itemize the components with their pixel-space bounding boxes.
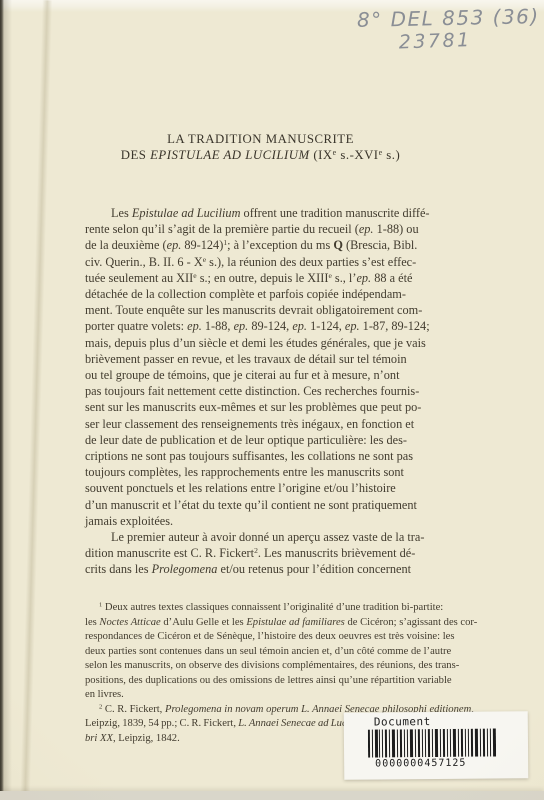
text-line: les Noctes Atticae d’Aulu Gelle et les E… xyxy=(85,616,478,631)
text-segment: en livres. xyxy=(85,689,124,700)
text-line: sent sur les manuscrits eux-mêmes et sur… xyxy=(85,399,478,415)
text-line: deux parties sont contenues dans un seul… xyxy=(85,645,478,660)
text-line: civ. Querin., B. II. 6 - Xe s.), la réun… xyxy=(85,254,478,270)
text-line: toujours complètes, les rapprochements e… xyxy=(85,464,478,480)
text-line: ou tel groupe de témoins, que je citerai… xyxy=(85,367,478,383)
text-segment: ep. xyxy=(359,222,374,236)
text-segment: civ. Querin., B. II. 6 - X xyxy=(85,255,203,269)
text-line: 1 Deux autres textes classiques connaiss… xyxy=(85,601,478,616)
text-segment: bri XX xyxy=(85,733,113,744)
text-segment: mais, depuis plus d’un siècle et demi le… xyxy=(85,336,426,350)
text-segment: 88 a été xyxy=(371,271,412,285)
text-line: ment. Toute enquête sur les manuscrits d… xyxy=(85,302,478,318)
text-line: de la deuxième (ep. 89-124)1; à l’except… xyxy=(85,237,478,253)
text-segment: crits dans les xyxy=(85,562,152,576)
text-line: d’un manuscrit et l’état du texte qu’il … xyxy=(85,497,478,513)
text-segment: d’un manuscrit et l’état du texte qu’il … xyxy=(85,498,417,512)
text-line: Le premier auteur à avoir donné un aperç… xyxy=(85,529,478,545)
text-segment: Epistulae ad Lucilium xyxy=(132,206,241,220)
text-segment: EPISTULAE AD LUCILIUM xyxy=(150,148,310,162)
text-segment: tuée seulement au XII xyxy=(85,271,193,285)
scan-bottom-edge xyxy=(0,791,544,800)
text-segment: 1-87, 89-124; xyxy=(360,319,430,333)
text-segment: ; à l’exception du ms xyxy=(227,238,333,252)
text-line: en livres. xyxy=(85,688,478,703)
text-line: détachée de la collection complète et pa… xyxy=(85,286,478,302)
text-segment: et/ou retenus pour l’édition concernent xyxy=(217,562,411,576)
text-segment: offrent une tradition manuscrite diffé- xyxy=(240,206,429,220)
text-segment: ep. xyxy=(356,271,371,285)
text-line: selon les manuscrits, on observe des div… xyxy=(85,659,478,674)
text-segment: s.-XVI xyxy=(337,148,379,162)
text-line: positions, des duplications ou des omiss… xyxy=(85,674,478,689)
text-line: dition manuscrite est C. R. Fickert2. Le… xyxy=(85,545,478,561)
text-segment: ep. xyxy=(234,319,249,333)
text-segment: DES xyxy=(121,148,150,162)
paragraph: LA TRADITION MANUSCRITEDES EPISTULAE AD … xyxy=(64,131,457,163)
text-segment: brièvement passer en revue, et les trava… xyxy=(85,352,407,366)
text-segment: dition manuscrite est C. R. Fickert xyxy=(85,546,254,560)
text-segment: Noctes Atticae xyxy=(99,617,160,628)
text-segment: souvent ponctuels et les relations entre… xyxy=(85,481,396,495)
text-segment: criptions ne sont pas toujours suffisant… xyxy=(85,449,413,463)
text-segment: Les xyxy=(111,206,132,220)
text-segment: porter quatre volets: xyxy=(85,319,187,333)
library-barcode-sticker: Document 0000000457125 xyxy=(344,711,529,780)
handwritten-shelfmark: 8° DEL 853 (36) xyxy=(357,4,540,32)
text-segment: s.; en outre, depuis le XIII xyxy=(197,271,329,285)
text-line: rente selon qu’il s’agit de la première … xyxy=(85,221,478,237)
text-segment: ou tel groupe de témoins, que je citerai… xyxy=(85,368,399,382)
text-line: LA TRADITION MANUSCRITE xyxy=(64,131,457,147)
paragraph: Les Epistulae ad Lucilium offrent une tr… xyxy=(85,205,478,529)
text-segment: Prolegomena xyxy=(152,562,218,576)
text-segment: Leipzig, 1839, 54 pp.; C. R. Fickert, xyxy=(85,718,238,729)
text-line: Les Epistulae ad Lucilium offrent une tr… xyxy=(85,205,478,221)
text-segment: les xyxy=(85,617,99,628)
text-segment: respondances de Cicéron et de Sénèque, l… xyxy=(85,631,455,642)
text-segment: 1-124, xyxy=(307,319,345,333)
text-segment: ep. xyxy=(187,319,202,333)
text-line: brièvement passer en revue, et les trava… xyxy=(85,351,478,367)
text-segment: toujours complètes, les rapprochements e… xyxy=(85,465,404,479)
text-segment: sent sur les manuscrits eux-mêmes et sur… xyxy=(85,400,421,414)
text-line: crits dans les Prolegomena et/ou retenus… xyxy=(85,561,478,577)
text-line: souvent ponctuels et les relations entre… xyxy=(85,480,478,496)
text-line: tuée seulement au XIIe s.; en outre, dep… xyxy=(85,270,478,286)
text-segment: C. R. Fickert, xyxy=(102,704,165,715)
text-segment: 1-88) ou xyxy=(374,222,419,236)
text-line: mais, depuis plus d’un siècle et demi le… xyxy=(85,335,478,351)
text-segment: détachée de la collection complète et pa… xyxy=(85,287,406,301)
text-segment: de Cicéron; s’agissant des cor- xyxy=(345,617,477,628)
text-segment: 89-124) xyxy=(181,238,223,252)
handwritten-annotations: 8° DEL 853 (36) 23781 xyxy=(357,6,540,53)
scan-left-edge xyxy=(0,0,12,800)
text-segment: (Brescia, Bibl. xyxy=(343,238,417,252)
text-line: criptions ne sont pas toujours suffisant… xyxy=(85,448,478,464)
text-segment: de la deuxième ( xyxy=(85,238,167,252)
text-line: pas toujours fait nettement cette distin… xyxy=(85,383,478,399)
text-line: ser leur classement des renseignements t… xyxy=(85,416,478,432)
paragraph: Le premier auteur à avoir donné un aperç… xyxy=(85,529,478,578)
text-segment: de leur date de publication et de leur o… xyxy=(85,433,407,447)
text-segment: , Leipzig, 1842. xyxy=(113,733,180,744)
text-segment: ep. xyxy=(167,238,182,252)
text-segment: rente selon qu’il s’agit de la première … xyxy=(85,222,359,236)
text-segment: ment. Toute enquête sur les manuscrits d… xyxy=(85,303,422,317)
text-segment: 1-88, xyxy=(202,319,234,333)
article-title: LA TRADITION MANUSCRITEDES EPISTULAE AD … xyxy=(64,131,457,163)
barcode-icon xyxy=(368,728,496,757)
text-segment: deux parties sont contenues dans un seul… xyxy=(85,646,451,657)
text-segment: pas toujours fait nettement cette distin… xyxy=(85,384,419,398)
text-segment: ep. xyxy=(292,319,307,333)
text-segment: selon les manuscrits, on observe des div… xyxy=(85,660,459,671)
text-segment: 89-124, xyxy=(248,319,292,333)
text-segment: ep. xyxy=(345,319,360,333)
text-segment: . Les manuscrits brièvement dé- xyxy=(258,546,415,560)
paragraph: 1 Deux autres textes classiques connaiss… xyxy=(85,601,478,703)
text-segment: d’Aulu Gelle et les xyxy=(161,617,247,628)
text-segment: LA TRADITION MANUSCRITE xyxy=(167,132,354,146)
text-segment: Deux autres textes classiques connaissen… xyxy=(102,602,443,613)
paper-crease xyxy=(20,0,52,800)
text-segment: Epistulae ad familiares xyxy=(246,617,344,628)
text-segment: Le premier auteur à avoir donné un aperç… xyxy=(111,530,424,544)
handwritten-accession-number: 23781 xyxy=(357,29,472,55)
text-line: de leur date de publication et de leur o… xyxy=(85,432,478,448)
text-line: porter quatre volets: ep. 1-88, ep. 89-1… xyxy=(85,318,478,334)
text-segment: positions, des duplications ou des omiss… xyxy=(85,675,452,686)
sticker-label: Document xyxy=(374,714,528,728)
text-line: respondances de Cicéron et de Sénèque, l… xyxy=(85,630,478,645)
barcode-number: 0000000457125 xyxy=(375,757,528,769)
text-segment: s.), la réunion des deux parties s’est e… xyxy=(206,255,416,269)
text-line: DES EPISTULAE AD LUCILIUM (IXe s.-XVIe s… xyxy=(64,147,457,163)
text-segment: (IX xyxy=(310,148,333,162)
text-line: jamais exploitées. xyxy=(85,513,478,529)
text-segment: Q xyxy=(333,238,343,252)
article-body-text: Les Epistulae ad Lucilium offrent une tr… xyxy=(85,205,478,578)
text-segment: s.) xyxy=(383,148,401,162)
text-segment: ser leur classement des renseignements t… xyxy=(85,417,414,431)
text-segment: s., l’ xyxy=(332,271,357,285)
scanned-page: 8° DEL 853 (36) 23781 LA TRADITION MANUS… xyxy=(0,0,544,800)
text-segment: jamais exploitées. xyxy=(85,514,173,528)
